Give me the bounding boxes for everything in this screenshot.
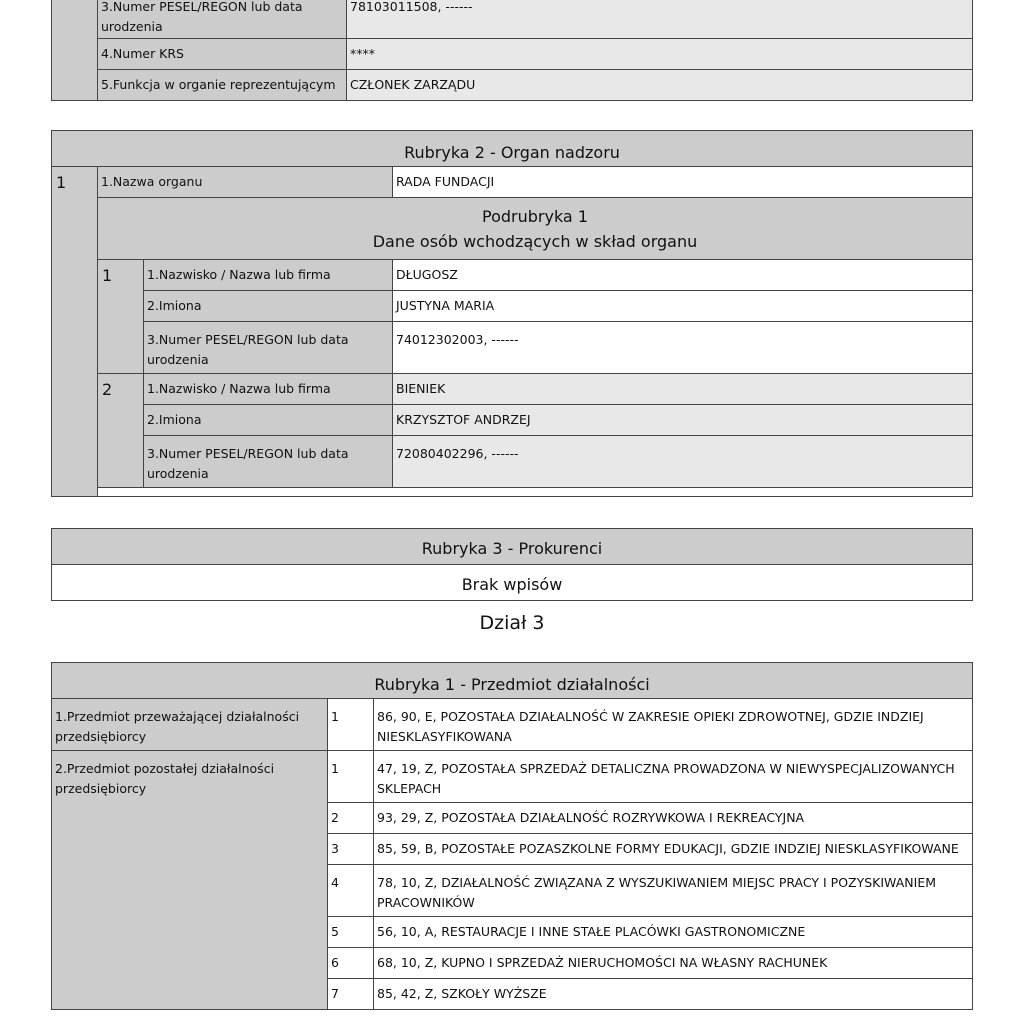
subsection-title-line-1: Podrubryka 1 (98, 204, 972, 229)
activity-description: 68, 10, Z, KUPNO I SPRZEDAŻ NIERUCHOMOŚC… (374, 948, 973, 979)
table-row: 1.Przedmiot przeważającej działalności p… (52, 699, 973, 751)
section-title: Rubryka 2 - Organ nadzoru (52, 131, 973, 167)
field-value: **** (347, 39, 973, 70)
field-label: 1.Nazwa organu (98, 167, 393, 198)
field-value: DŁUGOSZ (393, 260, 973, 291)
item-number: 2 (328, 803, 374, 834)
item-number: 3 (328, 834, 374, 865)
rubryka-2-table: Rubryka 2 - Organ nadzoru 1 1.Nazwa orga… (51, 130, 973, 497)
item-number: 7 (328, 979, 374, 1010)
activity-description: 93, 29, Z, POZOSTAŁA DZIAŁALNOŚĆ ROZRYWK… (374, 803, 973, 834)
field-label: 3.Numer PESEL/REGON lub data urodzenia (144, 322, 393, 374)
category-label: 1.Przedmiot przeważającej działalności p… (52, 699, 328, 751)
spacer-row (98, 488, 973, 497)
activity-description: 85, 42, Z, SZKOŁY WYŻSZE (374, 979, 973, 1010)
entry-number: 1 (52, 167, 98, 497)
section-title: Rubryka 3 - Prokurenci (52, 529, 973, 565)
field-value: 74012302003, ------ (393, 322, 973, 374)
field-value: RADA FUNDACJI (393, 167, 973, 198)
field-label: 1.Nazwisko / Nazwa lub firma (144, 374, 393, 405)
field-label: 3.Numer PESEL/REGON lub data urodzenia (144, 436, 393, 488)
category-label: 2.Przedmiot pozostałej działalności prze… (52, 751, 328, 1010)
field-value: JUSTYNA MARIA (393, 291, 973, 322)
activity-description: 56, 10, A, RESTAURACJE I INNE STAŁE PLAC… (374, 917, 973, 948)
item-number: 1 (328, 751, 374, 803)
field-value: KRZYSZTOF ANDRZEJ (393, 405, 973, 436)
item-number: 4 (328, 865, 374, 917)
activity-description: 86, 90, E, POZOSTAŁA DZIAŁALNOŚĆ W ZAKRE… (374, 699, 973, 751)
person-number: 1 (98, 260, 144, 374)
table-row: 2.Przedmiot pozostałej działalności prze… (52, 751, 973, 803)
item-number: 5 (328, 917, 374, 948)
field-value: 78103011508, ------ (347, 0, 973, 39)
indent-cell (52, 0, 98, 101)
field-value: 72080402296, ------ (393, 436, 973, 488)
person-number: 2 (98, 374, 144, 488)
field-label: 2.Imiona (144, 405, 393, 436)
field-label: 4.Numer KRS (98, 39, 347, 70)
field-label: 1.Nazwisko / Nazwa lub firma (144, 260, 393, 291)
field-value: CZŁONEK ZARZĄDU (347, 70, 973, 101)
field-value: BIENIEK (393, 374, 973, 405)
activity-description: 78, 10, Z, DZIAŁALNOŚĆ ZWIĄZANA Z WYSZUK… (374, 865, 973, 917)
representation-table: 3.Numer PESEL/REGON lub data urodzenia 7… (51, 0, 973, 101)
empty-state-text: Brak wpisów (52, 565, 973, 601)
section-heading: Dział 3 (0, 612, 1024, 634)
item-number: 1 (328, 699, 374, 751)
subsection-title-line-2: Dane osób wchodzących w skład organu (98, 229, 972, 254)
activity-description: 47, 19, Z, POZOSTAŁA SPRZEDAŻ DETALICZNA… (374, 751, 973, 803)
rubryka-3-table: Rubryka 3 - Prokurenci Brak wpisów (51, 528, 973, 601)
activity-description: 85, 59, B, POZOSTAŁE POZASZKOLNE FORMY E… (374, 834, 973, 865)
field-label: 3.Numer PESEL/REGON lub data urodzenia (98, 0, 347, 39)
activity-table: Rubryka 1 - Przedmiot działalności 1.Prz… (51, 662, 973, 1010)
field-label: 5.Funkcja w organie reprezentującym (98, 70, 347, 101)
section-title: Rubryka 1 - Przedmiot działalności (52, 663, 973, 699)
subsection-title: Podrubryka 1 Dane osób wchodzących w skł… (98, 198, 973, 260)
item-number: 6 (328, 948, 374, 979)
field-label: 2.Imiona (144, 291, 393, 322)
